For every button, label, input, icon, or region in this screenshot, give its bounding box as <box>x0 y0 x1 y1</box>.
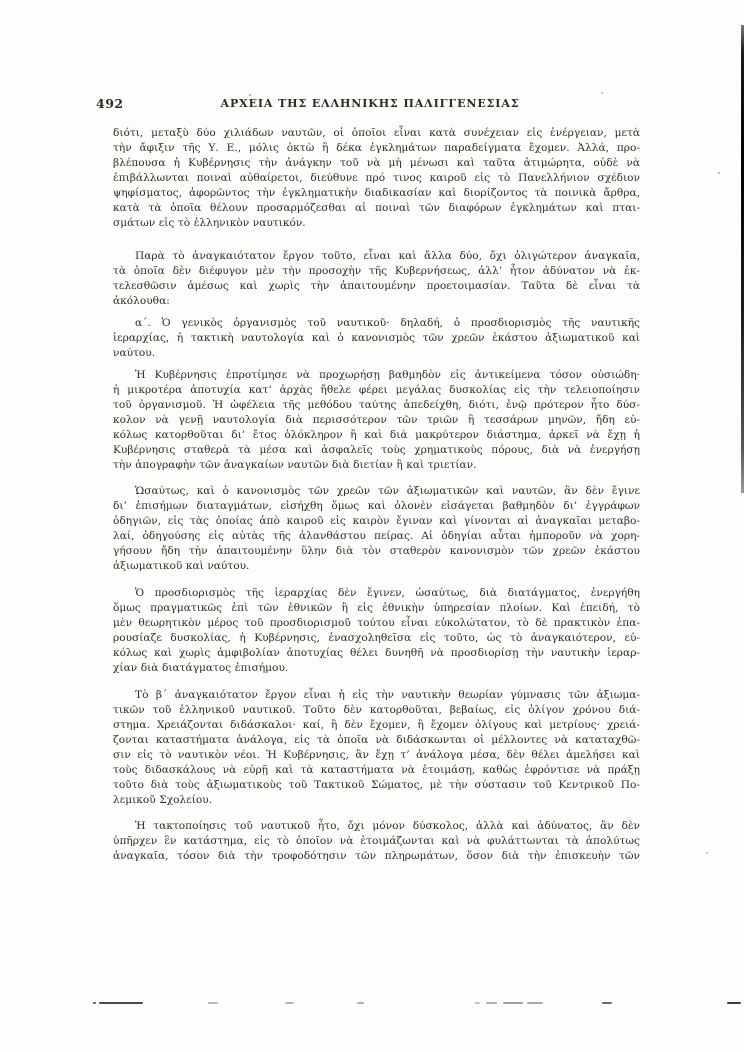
text-line: διότι, μεταξὺ δύο χιλιάδων ναυτῶν, οἱ ὁπ… <box>113 126 640 141</box>
scan-artifact-dash <box>99 1002 143 1004</box>
paragraph: διότι, μεταξὺ δύο χιλιάδων ναυτῶν, οἱ ὁπ… <box>113 126 640 231</box>
text-line: λαί, ὁδηγούσης εἰς αὐτὰς τῆς ἀλανθάστου … <box>113 529 640 544</box>
text-line: ναύτου. <box>113 346 640 361</box>
text-line: κολον νὰ γενῇ ναυτολογία διὰ περισσότερο… <box>113 413 640 428</box>
text-line: λεμικοῦ Σχολείου. <box>113 793 640 808</box>
text-block: διότι, μεταξὺ δύο χιλιάδων ναυτῶν, οἱ ὁπ… <box>113 126 640 864</box>
scan-artifact-dash <box>486 1002 497 1004</box>
paragraph: Ὁ προσδιορισμὸς τῆς ἱεραρχίας δὲν ἔγινεν… <box>113 586 640 676</box>
text-line: τελεσθῶσιν ἀμέσως καὶ χωρὶς τὴν ἀπαιτουμ… <box>113 279 640 294</box>
text-line: τικῶν τοῦ ἑλληνικοῦ ναυτικοῦ. Τοῦτο δὲν … <box>113 703 640 718</box>
scan-artifact-dash <box>285 1002 294 1004</box>
text-line: ὁδηγιῶν, εἰς τὰς ὁποίας ἀπὸ καιροῦ εἰς κ… <box>113 514 640 529</box>
text-line: ἀκόλουθα: <box>113 294 640 309</box>
scan-artifact-speck <box>706 852 708 854</box>
text-line: ρουσίαζε δυσκολίας, ἡ Κυβέρνησις, ἐνασχο… <box>113 631 640 646</box>
text-line: ζονται καταστήματα ἀνάλογα, εἰς τὰ ὁποῖα… <box>113 733 640 748</box>
scanned-book-page: 492 ΑΡΧΕΙΑ ΤΗΣ ΕΛΛΗΝΙΚΗΣ ΠΑΛΙΓΓΕΝΕΣΙΑΣ δ… <box>0 0 744 1052</box>
text-line: ἡ μικροτέρα ἀποτυχία κατ’ ἀρχὰς ἤθελε φέ… <box>113 383 640 398</box>
scan-artifact-dash <box>475 1002 480 1004</box>
text-line: χίαν διὰ διατάγματος ἐπισήμου. <box>113 661 640 676</box>
text-line: Ἡ τακτοποίησις τοῦ ναυτικοῦ ἦτο, ὄχι μόν… <box>113 819 640 834</box>
text-line: βλέπουσα ἡ Κυβέρνησις τὴν ἀνάγκην τοῦ νὰ… <box>113 156 640 171</box>
text-line: γήσουν ἤδη τὴν ἀπαιτουμένην ὕλην διὰ τὸν… <box>113 544 640 559</box>
text-line: κατὰ τὰ ὁποῖα θέλουν προσαρμόζεσθαι αἱ π… <box>113 201 640 216</box>
text-line: Κυβέρνησις σταθερὰ τὰ μέσα καὶ ἀσφαλεῖς … <box>113 443 640 458</box>
text-line: Παρὰ τὸ ἀναγκαιότατον ἔργον τοῦτο, εἶναι… <box>113 249 640 264</box>
text-line: Ὁ προσδιορισμὸς τῆς ἱεραρχίας δὲν ἔγινεν… <box>113 586 640 601</box>
text-line: Ὡσαύτως, καὶ ὁ κανονισμὸς τῶν χρεῶν τῶν … <box>113 484 640 499</box>
page-header: 492 ΑΡΧΕΙΑ ΤΗΣ ΕΛΛΗΝΙΚΗΣ ΠΑΛΙΓΓΕΝΕΣΙΑΣ <box>0 96 744 114</box>
scan-artifact-dash <box>527 1002 543 1004</box>
paragraph: α΄. Ὁ γενικὸς ὀργανισμὸς τοῦ ναυτικοῦ· δ… <box>113 316 640 361</box>
text-line: τὰ ὁποῖα δὲν διέφυγον μὲν τὴν προσοχὴν τ… <box>113 264 640 279</box>
scan-artifact-speck <box>601 92 603 94</box>
text-line: σιν εἰς τὸ ναυτικὸν νέοι. Ἡ Κυβέρνησις, … <box>113 748 640 763</box>
paragraph: Παρὰ τὸ ἀναγκαιότατον ἔργον τοῦτο, εἶναι… <box>113 249 640 309</box>
text-line: ὅμως πραγματικῶς ἐπὶ τῶν ἐθνικῶν ἢ εἰς ἐ… <box>113 601 640 616</box>
text-line: τοὺς διδασκάλους νὰ εὑρῇ καὶ τὰ καταστήμ… <box>113 763 640 778</box>
text-line: τοῦτο διὰ τοὺς ἀξιωματικοὺς τοῦ Τακτικοῦ… <box>113 778 640 793</box>
text-line: σμάτων εἰς τὸ ἑλληνικὸν ναυτικόν. <box>113 216 640 231</box>
paragraph: Τὸ β΄ ἀναγκαιότατον ἔργον εἶναι ἡ εἰς τὴ… <box>113 688 640 808</box>
text-line: μὲν θεωρητικὸν μέρος τοῦ προσδιορισμοῦ τ… <box>113 616 640 631</box>
text-line: ἐπιβάλλωνται ποιναὶ αὐθαίρετοι, διεύθυνε… <box>113 171 640 186</box>
text-line: Ἡ Κυβέρνησις ἐπροτίμησε νὰ προχωρήσῃ βαθ… <box>113 368 640 383</box>
scan-artifact-dash <box>93 1002 96 1004</box>
text-line: ἀξιωματικοῦ καὶ ναύτου. <box>113 559 640 574</box>
text-line: τοῦ ὀργανισμοῦ. Ἡ ὠφέλεια τῆς μεθόδου τα… <box>113 398 640 413</box>
text-line: κόλως καὶ χωρὶς ἀμφιβολίαν ἀποτυχίας θέλ… <box>113 646 640 661</box>
scan-artifact-dash <box>727 1002 741 1004</box>
text-line: στημα. Χρειάζονται διδάσκαλοι· καί, ἢ δὲ… <box>113 718 640 733</box>
text-line: κόλως κατορθοῦται δι’ ἔτος ὁλόκληρον ἢ κ… <box>113 428 640 443</box>
paragraph: Ὡσαύτως, καὶ ὁ κανονισμὸς τῶν χρεῶν τῶν … <box>113 484 640 574</box>
text-line: ὑπῆρχεν ἓν κατάστημα, εἰς τὸ ὁποῖον νὰ ἑ… <box>113 834 640 849</box>
scan-artifact-dash <box>503 1002 523 1004</box>
text-line: ἱεραρχίας, ἡ τακτικὴ ναυτολογία καὶ ὁ κα… <box>113 331 640 346</box>
scan-artifact-dash <box>602 1002 612 1004</box>
text-line: τὴν ἄφιξιν τῆς Υ. Ε., μόλις ὀκτὼ ἢ δέκα … <box>113 141 640 156</box>
scan-artifact-dash <box>357 1002 364 1004</box>
text-line: α΄. Ὁ γενικὸς ὀργανισμὸς τοῦ ναυτικοῦ· δ… <box>113 316 640 331</box>
text-line: τὴν ἀπογραφὴν τῶν ἀναγκαίων ναυτῶν διὰ δ… <box>113 458 640 473</box>
paragraph: Ἡ τακτοποίησις τοῦ ναυτικοῦ ἦτο, ὄχι μόν… <box>113 819 640 864</box>
text-line: δι’ ἐπισήμων διαταγμάτων, εἰσήχθη ὅμως κ… <box>113 499 640 514</box>
paragraph: Ἡ Κυβέρνησις ἐπροτίμησε νὰ προχωρήσῃ βαθ… <box>113 368 640 473</box>
scan-artifact-speck <box>718 172 720 174</box>
scan-artifact-dash <box>208 1002 218 1004</box>
text-line: ψηφίσματος, ἀφορῶντος τὴν ἐγκληματικὴν δ… <box>113 186 640 201</box>
text-line: ἀναγκαῖα, τόσον διὰ τὴν τροφοδότησιν τῶν… <box>113 849 640 864</box>
text-line: Τὸ β΄ ἀναγκαιότατον ἔργον εἶναι ἡ εἰς τὴ… <box>113 688 640 703</box>
running-head-title: ΑΡΧΕΙΑ ΤΗΣ ΕΛΛΗΝΙΚΗΣ ΠΑΛΙΓΓΕΝΕΣΙΑΣ <box>0 97 740 110</box>
